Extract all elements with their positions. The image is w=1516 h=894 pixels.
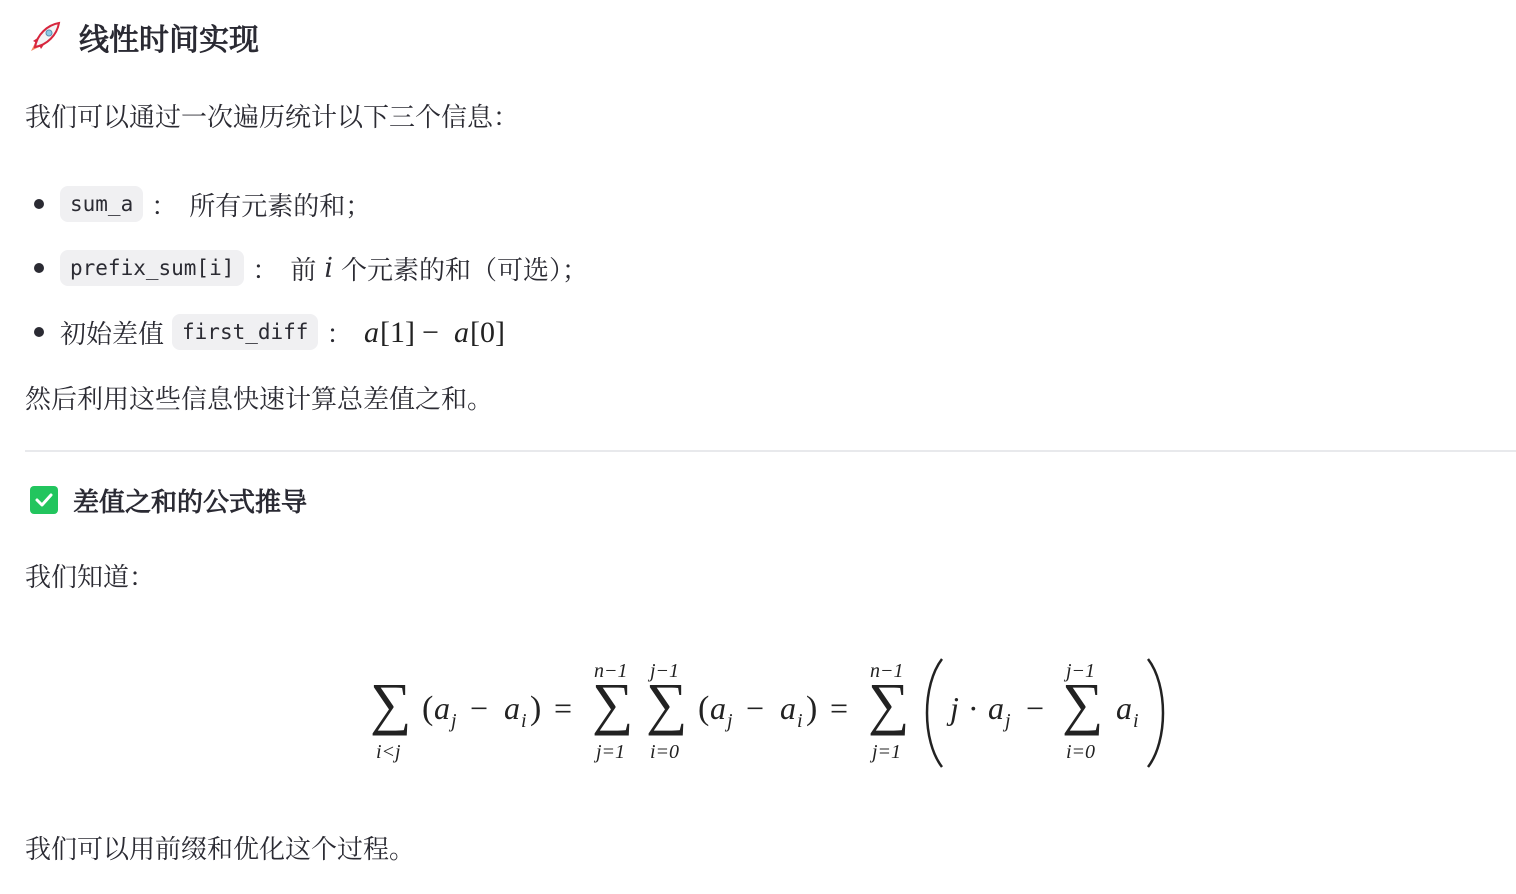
horizontal-divider (25, 450, 1516, 452)
svg-text:∑: ∑ (370, 671, 411, 736)
svg-text:[1]: [1] (380, 316, 415, 349)
svg-text:a: a (780, 690, 796, 726)
svg-text:∑: ∑ (1062, 671, 1103, 736)
math-expression: a [1] − a [0] (364, 312, 524, 352)
svg-text:j=1: j=1 (593, 741, 625, 763)
rocket-icon (25, 17, 65, 57)
svg-text:j: j (946, 690, 959, 726)
math-variable: i (324, 253, 333, 284)
intro-paragraph: 我们可以通过一次遍历统计以下三个信息： (25, 100, 519, 136)
svg-text:−: − (422, 316, 439, 349)
info-list: sum_a ： 所有元素的和； prefix_sum[i] ： 前 i 个元素的… (25, 172, 588, 364)
svg-text:−: − (746, 690, 764, 726)
list-item: sum_a ： 所有元素的和； (25, 172, 588, 236)
list-item: prefix_sum[i] ： 前 i 个元素的和（可选）； (25, 236, 588, 300)
closing-paragraph: 我们可以用前缀和优化这个过程。 (25, 832, 415, 868)
bullet-icon (34, 327, 44, 337)
svg-text:∑: ∑ (646, 671, 687, 736)
list-item-text: 所有元素的和； (189, 186, 371, 223)
check-box-icon (29, 485, 59, 515)
inline-code: sum_a (60, 186, 143, 222)
list-item: 初始差值 first_diff ： a [1] − a [0] (25, 300, 588, 364)
svg-text:a: a (504, 690, 520, 726)
svg-text:a: a (710, 690, 726, 726)
svg-text:[0]: [0] (470, 316, 505, 349)
separator: ： (151, 186, 177, 223)
svg-text:i=0: i=0 (1066, 741, 1095, 763)
separator: ： (252, 250, 278, 287)
bullet-icon (34, 199, 44, 209)
separator: ： (326, 314, 352, 351)
svg-text:=: = (830, 690, 848, 726)
svg-text:): ) (530, 690, 541, 727)
svg-text:a: a (1116, 690, 1132, 726)
inline-code: prefix_sum[i] (60, 250, 244, 286)
svg-text:i: i (1133, 710, 1139, 732)
list-item-text-before: 前 (290, 250, 316, 287)
list-item-text: 个元素的和（可选）； (341, 250, 588, 287)
list-item-prefix: 初始差值 (60, 314, 164, 351)
svg-text:i=0: i=0 (650, 741, 679, 763)
svg-text:=: = (554, 690, 572, 726)
svg-text:(: ( (422, 690, 433, 727)
svg-text:∑: ∑ (868, 671, 909, 736)
section-heading-formula: 差值之和的公式推导 (25, 478, 307, 522)
we-know-paragraph: 我们知道： (25, 560, 155, 596)
svg-text:i: i (797, 710, 803, 732)
section-title: 线性时间实现 (79, 15, 259, 59)
svg-text:a: a (454, 316, 469, 349)
svg-text:−: − (1026, 690, 1044, 726)
svg-text:(: ( (698, 690, 709, 727)
svg-text:i: i (521, 710, 527, 732)
section-heading-linear-time: 线性时间实现 (25, 14, 259, 60)
svg-text:j=1: j=1 (869, 741, 901, 763)
bullet-icon (34, 263, 44, 273)
svg-text:∑: ∑ (592, 671, 633, 736)
svg-text:i<j: i<j (376, 741, 401, 763)
inline-code: first_diff (172, 314, 318, 350)
svg-text:−: − (470, 690, 488, 726)
svg-text:·: · (968, 690, 979, 726)
svg-text:a: a (988, 690, 1004, 726)
section-title: 差值之和的公式推导 (73, 482, 307, 519)
svg-text:a: a (364, 316, 379, 349)
svg-text:): ) (806, 690, 817, 727)
after-list-paragraph: 然后利用这些信息快速计算总差值之和。 (25, 382, 493, 418)
svg-text:a: a (434, 690, 450, 726)
display-formula: ∑ i<j ( a j − a i ) = n−1 ∑ j=1 j−1 ∑ i=… (370, 645, 1190, 775)
